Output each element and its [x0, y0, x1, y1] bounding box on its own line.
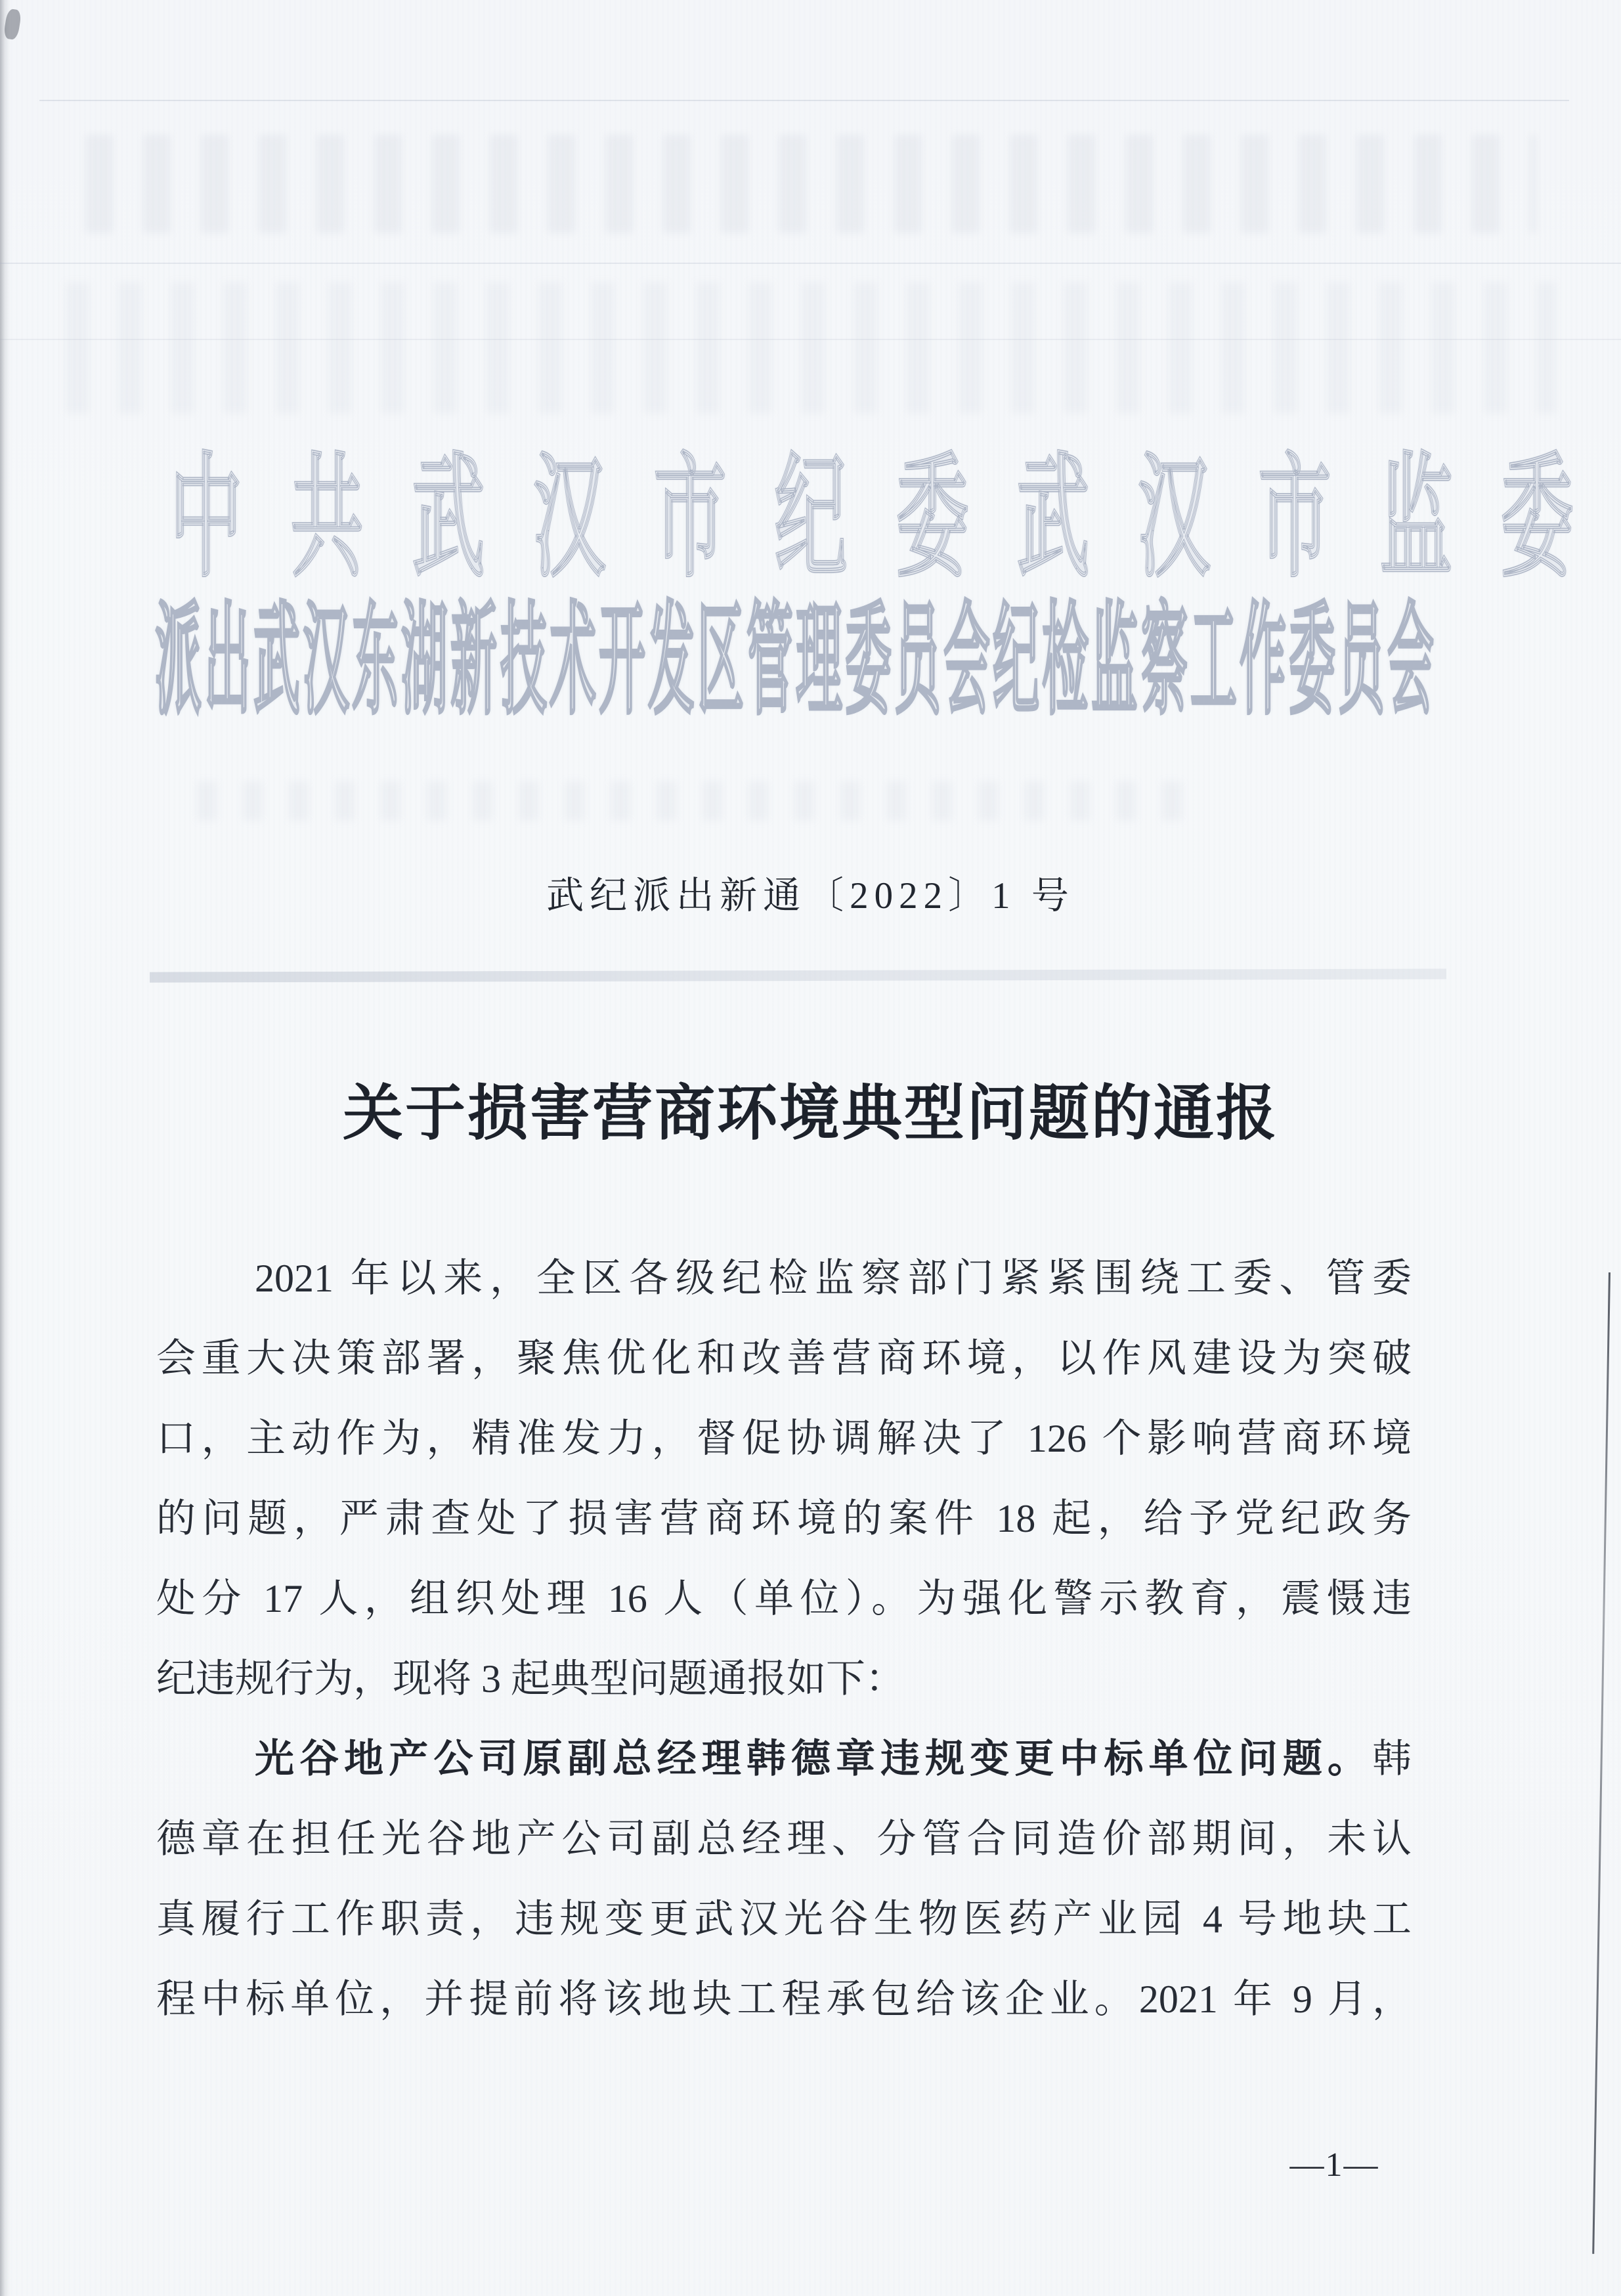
body-line: 真履行工作职责，违规变更武汉光谷生物医药产业园 4 号地块工	[156, 1879, 1412, 1959]
letterhead-char: 武	[253, 600, 300, 722]
letterhead-char: 新	[451, 600, 498, 722]
letterhead-char: 监	[1092, 600, 1138, 722]
letterhead-char: 监	[1379, 452, 1452, 586]
document-body: 2021 年以来，全区各级纪检监察部门紧紧围绕工委、管委会重大决策部署，聚焦优化…	[156, 1238, 1412, 2039]
letterhead-char: 纪	[775, 452, 847, 586]
letterhead-char: 开	[599, 600, 645, 722]
letterhead-char: 市	[654, 452, 726, 586]
body-bold-segment: 光谷地产公司原副总经理韩德章违规变更中标单位问题。	[255, 1737, 1372, 1781]
body-line: 的问题，严肃查处了损害营商环境的案件 18 起，给予党纪政务	[156, 1479, 1412, 1559]
letterhead-char: 委	[896, 452, 968, 586]
letterhead-char: 术	[550, 600, 596, 722]
letterhead-char: 会	[943, 600, 990, 722]
body-text-segment: 口，主动作为，精准发力，督促协调解决了 126 个影响营商环境	[156, 1417, 1412, 1460]
letterhead-char: 察	[1141, 600, 1188, 722]
letterhead-char: 员	[894, 600, 941, 722]
letterhead-char: 出	[204, 600, 251, 722]
scan-streak	[0, 339, 1621, 340]
bleedthrough-smudge	[66, 282, 1556, 414]
letterhead-char: 工	[1190, 600, 1237, 722]
letterhead-char: 武	[412, 452, 484, 586]
page-title: 关于损害营商环境典型问题的通报	[0, 1065, 1621, 1152]
letterhead-char: 员	[1338, 600, 1385, 722]
letterhead-char: 技	[500, 600, 547, 722]
letterhead-char: 理	[796, 600, 842, 722]
letterhead-char: 派	[155, 600, 202, 722]
letterhead-char: 市	[1259, 452, 1331, 586]
letterhead-char: 委	[845, 600, 892, 722]
document-number: 武纪派出新通〔2022〕1 号	[0, 865, 1621, 919]
letterhead-rule	[150, 968, 1446, 982]
letterhead-char: 管	[746, 600, 793, 722]
letterhead-char: 汉	[303, 600, 349, 722]
scan-streak	[39, 100, 1569, 101]
body-text-segment: 纪违规行为，现将 3 起典型问题通报如下：	[156, 1657, 905, 1700]
letterhead-char: 检	[1043, 600, 1089, 722]
page-number: —1—	[1277, 2146, 1392, 2184]
body-line: 2021 年以来，全区各级纪检监察部门紧紧围绕工委、管委	[156, 1238, 1412, 1318]
letterhead-line-2: 派出武汉东湖新技术开发区管理委员会纪检监察工作委员会	[154, 594, 1435, 729]
letterhead-char: 共	[291, 452, 363, 586]
body-line: 德章在担任光谷地产公司副总经理、分管合同造价部期间，未认	[156, 1799, 1412, 1879]
body-text-segment: 2021 年以来，全区各级纪检监察部门紧紧围绕工委、管委	[255, 1257, 1412, 1300]
scan-streak	[0, 263, 1621, 264]
letterhead-char: 区	[697, 600, 744, 722]
scan-line-artifact	[1592, 1272, 1610, 2254]
letterhead-char: 发	[648, 600, 695, 722]
body-text-segment: 韩	[1372, 1737, 1412, 1781]
letterhead-char: 作	[1240, 600, 1286, 722]
bleedthrough-smudge	[85, 135, 1536, 233]
body-text-segment: 程中标单位，并提前将该地块工程承包给该企业。2021 年 9 月，	[156, 1978, 1412, 2021]
body-line: 光谷地产公司原副总经理韩德章违规变更中标单位问题。韩	[156, 1719, 1412, 1799]
letterhead-char: 中	[170, 452, 242, 586]
letterhead-char: 会	[1387, 600, 1434, 722]
body-line: 处分 17 人，组织处理 16 人（单位）。为强化警示教育，震慑违	[156, 1559, 1412, 1639]
body-text-segment: 德章在担任光谷地产公司副总经理、分管合同造价部期间，未认	[156, 1817, 1412, 1861]
letterhead-char: 武	[1017, 452, 1089, 586]
body-line: 纪违规行为，现将 3 起典型问题通报如下：	[156, 1639, 1412, 1719]
body-line: 口，主动作为，精准发力，督促协调解决了 126 个影响营商环境	[156, 1398, 1412, 1479]
letterhead-char: 委	[1289, 600, 1335, 722]
body-text-segment: 会重大决策部署，聚焦优化和改善营商环境，以作风建设为突破	[156, 1337, 1412, 1380]
body-text-segment: 真履行工作职责，违规变更武汉光谷生物医药产业园 4 号地块工	[156, 1897, 1412, 1941]
document-page: 中共武汉市纪委武汉市监委 派出武汉东湖新技术开发区管理委员会纪检监察工作委员会 …	[0, 0, 1621, 2296]
letterhead-char: 委	[1501, 452, 1573, 586]
body-line: 会重大决策部署，聚焦优化和改善营商环境，以作风建设为突破	[156, 1318, 1412, 1398]
body-text-segment: 处分 17 人，组织处理 16 人（单位）。为强化警示教育，震慑违	[156, 1577, 1412, 1620]
letterhead-char: 汉	[1138, 452, 1210, 586]
body-text-segment: 的问题，严肃查处了损害营商环境的案件 18 起，给予党纪政务	[156, 1497, 1412, 1540]
letterhead-char: 纪	[993, 600, 1039, 722]
letterhead-char: 汉	[533, 452, 605, 586]
letterhead-char: 东	[352, 600, 399, 722]
bleedthrough-smudge	[197, 781, 1182, 821]
letterhead-line-1: 中共武汉市纪委武汉市监委	[148, 437, 1595, 601]
letterhead-char: 湖	[401, 600, 448, 722]
body-line: 程中标单位，并提前将该地块工程承包给该企业。2021 年 9 月，	[156, 1959, 1412, 2039]
